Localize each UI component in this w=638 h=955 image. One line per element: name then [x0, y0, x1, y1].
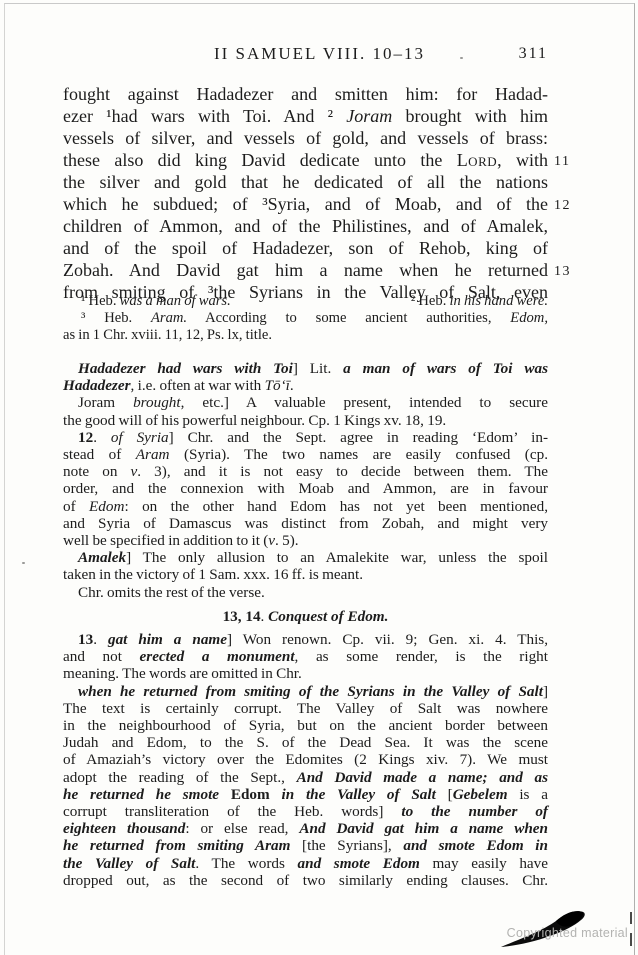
text-segment: a man of wars of Toi was [343, 360, 548, 377]
text-segment: 13 [78, 631, 93, 648]
commentary-line: taken in the victory of 1 Sam. xxx. 16 f… [63, 566, 548, 583]
text-segment: in his hand were. [450, 293, 549, 309]
text-segment: , etc.] A valuable present, intended to … [181, 394, 548, 411]
text-segment: , as some render, is the right [295, 648, 548, 665]
text-segment: , i.e. often at war with [131, 377, 265, 394]
text-segment: the silver and gold that he dedicated of… [63, 172, 548, 192]
text-segment: : or else read, [185, 820, 299, 837]
text-segment: of Amaziah’s victory over the Edomites (… [63, 751, 548, 768]
text-segment: Joram [346, 106, 392, 126]
commentary-line: the Valley of Salt. The words and smote … [63, 855, 548, 872]
footnote-line: as in 1 Chr. xviii. 11, 12, Ps. lx, titl… [63, 327, 548, 344]
commentary-line: stead of Aram (Syria). The two names are… [63, 446, 548, 463]
text-segment: erected a monument [140, 648, 295, 665]
text-segment: . 3), and it is not easy to decide betwe… [137, 463, 548, 480]
text-segment: . [261, 608, 269, 625]
commentary-line: he returned he smote Edom in the Valley … [63, 786, 548, 803]
text-segment: Chr. omits the rest of the verse. [78, 584, 265, 601]
commentary-line: note on v. 3), and it is not easy to dec… [63, 463, 548, 480]
text-segment: the Valley of Salt [63, 855, 195, 872]
text-segment: was a man of wars. [120, 293, 231, 309]
text-segment: Edom, [510, 310, 548, 326]
commentary-line: Chr. omits the rest of the verse. [63, 584, 548, 601]
text-segment: ¹ Heb. [81, 293, 120, 309]
text-segment: order, and the connexion with Moab and A… [63, 480, 548, 497]
text-segment: may easily have [420, 855, 548, 872]
text-segment: corrupt transliteration of the Heb. word… [63, 803, 401, 820]
text-segment: and of the spoil of Hadadezer, son of Re… [63, 238, 548, 258]
section-heading: 13, 14. Conquest of Edom. [63, 608, 548, 625]
scripture-line: vessels of silver, and vessels of gold, … [63, 127, 548, 149]
page-header: II SAMUEL VIII. 10–13 311 [63, 44, 548, 68]
commentary-line: well be specified in addition to it (v. … [63, 532, 548, 549]
commentary-line: Amalek] The only allusion to an Amalekit… [63, 549, 548, 566]
commentary-line: in the neighbourhood of Syria, but on th… [63, 717, 548, 734]
text-segment: as in 1 Chr. xviii. 11, 12, Ps. lx, titl… [63, 327, 272, 343]
text-segment: fought against Hadadezer and smitten him… [63, 84, 548, 104]
verse-number: 13 [554, 261, 584, 283]
commentary-line: when he returned from smiting of the Syr… [63, 683, 548, 700]
text-segment: in the Valley of Salt [270, 786, 436, 803]
commentary-line: adopt the reading of the Sept., And Davi… [63, 769, 548, 786]
text-segment: ] Lit. [293, 360, 343, 377]
text-segment: he returned he smote [63, 786, 231, 803]
text-segment: to the number of [401, 803, 548, 820]
commentary-block: Hadadezer had wars with Toi] Lit. a man … [63, 360, 548, 889]
text-segment: Gebelem [453, 786, 508, 803]
scripture-line: and of the spoil of Hadadezer, son of Re… [63, 237, 548, 259]
commentary-line: of Amaziah’s victory over the Edomites (… [63, 751, 548, 768]
text-segment: when he returned from smiting of the Syr… [78, 683, 543, 700]
text-segment: : on the other hand Edom has not yet bee… [124, 498, 548, 515]
text-segment: he returned from smiting Aram [63, 837, 290, 854]
commentary-line: he returned from smiting Aram [the Syria… [63, 837, 548, 854]
text-segment: . [93, 631, 108, 648]
book-page-scan: II SAMUEL VIII. 10–13 311 fought against… [0, 0, 638, 955]
text-segment: According to some ancient authorities, [187, 310, 510, 326]
text-segment: children of Ammon, and of the Philistine… [63, 216, 548, 236]
verse-number: 12 [554, 195, 584, 217]
text-segment: And David gat him a name when [299, 820, 548, 837]
text-segment: ] [543, 683, 548, 700]
commentary-line: meaning. The words are omitted in Chr. [63, 665, 548, 682]
text-segment: 12 [78, 429, 93, 446]
text-segment: [ [436, 786, 453, 803]
commentary-line: 13. gat him a name] Won renown. Cp. vii.… [63, 631, 548, 648]
text-segment: eighteen thousand [63, 820, 185, 837]
text-segment: is a [508, 786, 548, 803]
text-segment: The text is certainly corrupt. The Valle… [63, 700, 548, 717]
commentary-line: order, and the connexion with Moab and A… [63, 480, 548, 497]
commentary-line: The text is certainly corrupt. The Valle… [63, 700, 548, 717]
text-segment: Edom [231, 786, 270, 803]
scripture-block: fought against Hadadezer and smitten him… [63, 83, 548, 303]
running-head-title: II SAMUEL VIII. 10–13 [77, 44, 562, 64]
footnote-line: ³ Heb. Aram. According to some ancient a… [63, 310, 548, 327]
text-segment: taken in the victory of 1 Sam. xxx. 16 f… [63, 566, 363, 583]
text-segment: 13, 14 [223, 608, 261, 625]
scripture-line: children of Ammon, and of the Philistine… [63, 215, 548, 237]
text-segment: Lord [457, 150, 497, 170]
text-segment: Hadadezer [63, 377, 131, 394]
commentary-line: Joram brought, etc.] A valuable present,… [63, 394, 548, 411]
text-segment: meaning. The words are omitted in Chr. [63, 665, 302, 682]
text-segment: ] The only allusion to an Amalekite war,… [126, 549, 548, 566]
footnote-line: ¹ Heb. was a man of wars.² Heb. in his h… [63, 293, 548, 310]
scan-speck [460, 57, 463, 59]
text-segment: these also did king David dedicate unto … [63, 150, 457, 170]
text-segment: ³ Heb. [81, 310, 151, 326]
scripture-line: the silver and gold that he dedicated of… [63, 171, 548, 193]
text-segment: Joram [78, 394, 133, 411]
commentary-line: Judah and Edom, to the S. of the Dead Se… [63, 734, 548, 751]
verse-number: 11 [554, 151, 584, 173]
commentary-line: corrupt transliteration of the Heb. word… [63, 803, 548, 820]
text-segment: stead of [63, 446, 136, 463]
commentary-line: eighteen thousand: or else read, And Dav… [63, 820, 548, 837]
commentary-line: and not erected a monument, as some rend… [63, 648, 548, 665]
text-segment: Tō‘ī [265, 377, 290, 394]
text-segment: ezer ¹had wars with Toi. And ² [63, 106, 346, 126]
scripture-line: which he subdued; of ³Syria, and of Moab… [63, 193, 548, 215]
text-segment: . The words [195, 855, 297, 872]
text-segment: and not [63, 648, 140, 665]
text-segment: (Syria). The two names are easily confus… [170, 446, 548, 463]
text-segment: brought [133, 394, 181, 411]
commentary-line: the good will of his powerful neighbour.… [63, 412, 548, 429]
scan-edge-tick [630, 933, 632, 946]
text-segment: Judah and Edom, to the S. of the Dead Se… [63, 734, 548, 751]
text-segment: ] Chr. and the Sept. agree in reading ‘E… [169, 429, 548, 446]
text-segment: , with [497, 150, 548, 170]
scripture-line: Zobah. And David gat him a name when he … [63, 259, 548, 281]
text-segment: . [93, 429, 111, 446]
text-segment: in the neighbourhood of Syria, but on th… [63, 717, 548, 734]
text-segment: which he subdued; of ³Syria, and of Moab… [63, 194, 548, 214]
footnote-part: ¹ Heb. was a man of wars. [81, 293, 231, 310]
text-segment: Aram. [151, 310, 187, 326]
text-segment: and smote Edom [298, 855, 420, 872]
text-segment: Amalek [78, 549, 126, 566]
text-segment: And David made a name; and as [297, 769, 548, 786]
text-segment: and smote Edom in [403, 837, 548, 854]
text-segment: [the Syrians], [290, 837, 403, 854]
text-segment: Hadadezer had wars with Toi [78, 360, 293, 377]
text-segment: ² Heb. [411, 293, 450, 309]
commentary-line: dropped out, as the second of two simila… [63, 872, 548, 889]
footnotes-block: ¹ Heb. was a man of wars.² Heb. in his h… [63, 293, 548, 344]
text-segment: ] Won renown. Cp. vii. 9; Gen. xi. 4. Th… [227, 631, 548, 648]
scan-speck [22, 562, 25, 564]
scan-edge-tick [630, 912, 632, 924]
footnote-part: ² Heb. in his hand were. [411, 293, 548, 310]
commentary-line: and Syria of Damascus was distinct from … [63, 515, 548, 532]
page-number: 311 [519, 45, 548, 63]
text-segment: and Syria of Damascus was distinct from … [63, 515, 548, 532]
text-segment: Edom [89, 498, 124, 515]
scripture-line: ezer ¹had wars with Toi. And ² Joram bro… [63, 105, 548, 127]
scripture-line: fought against Hadadezer and smitten him… [63, 83, 548, 105]
text-segment: Conquest of Edom. [268, 608, 388, 625]
text-segment: the good will of his powerful neighbour.… [63, 412, 446, 429]
text-segment: of [63, 498, 89, 515]
text-segment: . 5). [275, 532, 299, 549]
text-segment: of Syria [111, 429, 169, 446]
text-segment: note on [63, 463, 131, 480]
text-segment: Aram [136, 446, 170, 463]
text-segment: gat him a name [108, 631, 227, 648]
text-segment: Zobah. And David gat him a name when he … [63, 260, 548, 280]
commentary-line: Hadadezer, i.e. often at war with Tō‘ī. [63, 377, 548, 394]
text-segment: adopt the reading of the Sept., [63, 769, 297, 786]
text-segment: . [290, 377, 294, 394]
text-segment: brought with him [392, 106, 548, 126]
commentary-line: 12. of Syria] Chr. and the Sept. agree i… [63, 429, 548, 446]
scripture-line: these also did king David dedicate unto … [63, 149, 548, 171]
text-segment: vessels of silver, and vessels of gold, … [63, 128, 548, 148]
text-segment: dropped out, as the second of two simila… [63, 872, 548, 889]
text-segment: well be specified in addition to it ( [63, 532, 268, 549]
commentary-line: of Edom: on the other hand Edom has not … [63, 498, 548, 515]
commentary-line: Hadadezer had wars with Toi] Lit. a man … [63, 360, 548, 377]
copyright-watermark-label: Copyrighted material [300, 926, 628, 940]
